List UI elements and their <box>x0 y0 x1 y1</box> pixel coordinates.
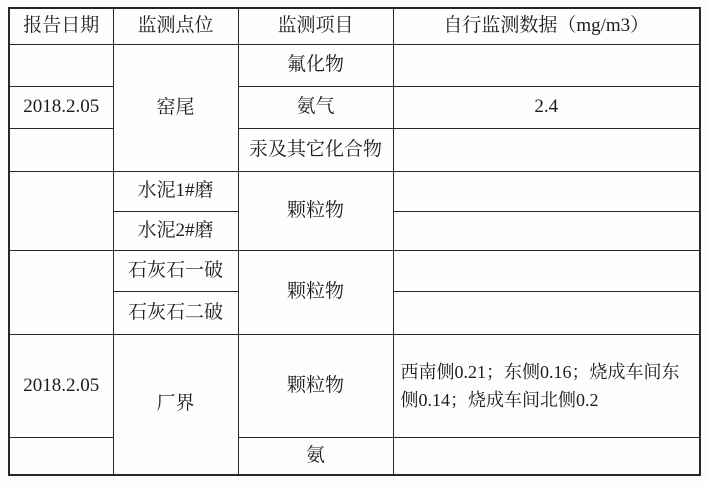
table-row: 窑尾 氟化物 <box>9 44 700 86</box>
header-monitor-item: 监测项目 <box>238 8 393 44</box>
table-row: 汞及其它化合物 <box>9 128 700 171</box>
cell-date-kiln-2: 2018.2.05 <box>9 86 113 128</box>
cell-date-cement-mill <box>9 171 113 250</box>
cell-item-ammonia-boundary: 氨 <box>238 437 393 475</box>
cell-value-limestone-crusher-2 <box>393 291 700 334</box>
cell-value-ammonia-boundary <box>393 437 700 475</box>
cell-point-limestone-crusher-1: 石灰石一破 <box>113 250 238 291</box>
cell-point-kiln-tail: 窑尾 <box>113 44 238 171</box>
cell-value-fluoride <box>393 44 700 86</box>
cell-value-particulate-boundary: 西南侧0.21；东侧0.16；烧成车间东侧0.14；烧成车间北侧0.2 <box>393 334 700 437</box>
cell-date-boundary-1: 2018.2.05 <box>9 334 113 437</box>
cell-item-ammonia-gas: 氨气 <box>238 86 393 128</box>
header-monitor-point: 监测点位 <box>113 8 238 44</box>
self-monitoring-data-table: 报告日期 监测点位 监测项目 自行监测数据（mg/m3） 窑尾 氟化物 2018… <box>8 7 701 476</box>
cell-value-cement-mill-2 <box>393 211 700 250</box>
cell-point-factory-boundary: 厂界 <box>113 334 238 475</box>
cell-point-cement-mill-2: 水泥2#磨 <box>113 211 238 250</box>
table-row: 石灰石一破 颗粒物 <box>9 250 700 291</box>
table-row: 水泥1#磨 颗粒物 <box>9 171 700 211</box>
header-monitor-data: 自行监测数据（mg/m3） <box>393 8 700 44</box>
cell-point-limestone-crusher-2: 石灰石二破 <box>113 291 238 334</box>
table-row: 2018.2.05 氨气 2.4 <box>9 86 700 128</box>
cell-item-particulate-cement: 颗粒物 <box>238 171 393 250</box>
table-header-row: 报告日期 监测点位 监测项目 自行监测数据（mg/m3） <box>9 8 700 44</box>
cell-item-mercury-compounds: 汞及其它化合物 <box>238 128 393 171</box>
cell-date-kiln-3 <box>9 128 113 171</box>
monitoring-report-page: 报告日期 监测点位 监测项目 自行监测数据（mg/m3） 窑尾 氟化物 2018… <box>0 0 708 485</box>
cell-point-cement-mill-1: 水泥1#磨 <box>113 171 238 211</box>
cell-date-boundary-2 <box>9 437 113 475</box>
cell-value-ammonia-gas: 2.4 <box>393 86 700 128</box>
table-row: 氨 <box>9 437 700 475</box>
header-report-date: 报告日期 <box>9 8 113 44</box>
cell-item-particulate-limestone: 颗粒物 <box>238 250 393 334</box>
cell-date-limestone <box>9 250 113 334</box>
cell-value-mercury-compounds <box>393 128 700 171</box>
table-row: 2018.2.05 厂界 颗粒物 西南侧0.21；东侧0.16；烧成车间东侧0.… <box>9 334 700 437</box>
cell-item-particulate-boundary: 颗粒物 <box>238 334 393 437</box>
cell-value-cement-mill-1 <box>393 171 700 211</box>
cell-item-fluoride: 氟化物 <box>238 44 393 86</box>
cell-value-limestone-crusher-1 <box>393 250 700 291</box>
cell-date-kiln-1 <box>9 44 113 86</box>
